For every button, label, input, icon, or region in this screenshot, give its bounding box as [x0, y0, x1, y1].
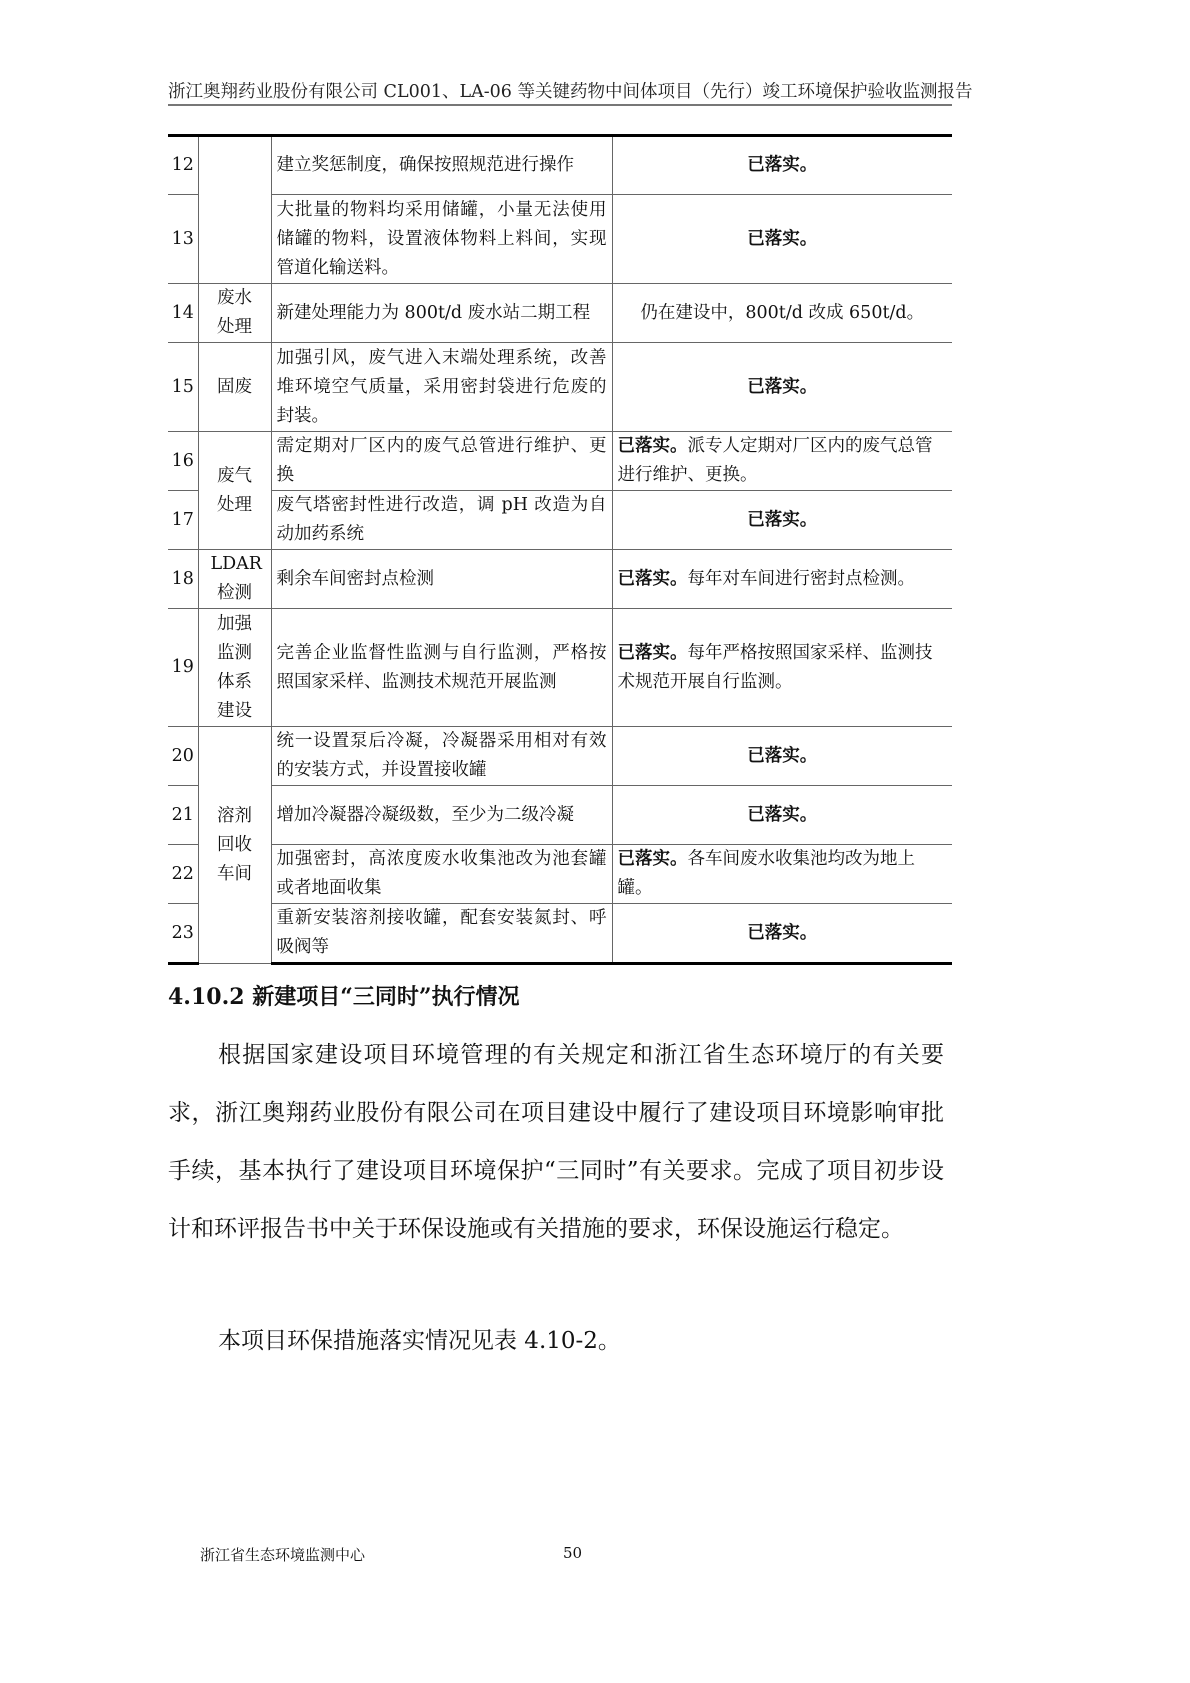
table-row: 19 加强监测体系建设 完善企业监督性监测与自行监测，严格按照国家采样、监测技术…	[168, 609, 952, 727]
row-requirement: 大批量的物料均采用储罐，小量无法使用储罐的物料，设置液体物料上料间，实现管道化输…	[271, 195, 612, 284]
status-detail: 每年对车间进行密封点检测。	[688, 569, 916, 589]
status-detail: 仍在建设中，800t/d 改成 650t/d。	[640, 303, 924, 323]
row-requirement: 需定期对厂区内的废气总管进行维护、更换	[271, 432, 612, 491]
row-category	[198, 136, 271, 284]
row-status: 已落实。	[612, 786, 952, 845]
status-implemented: 已落实。	[747, 155, 817, 175]
table-row: 12 建立奖惩制度，确保按照规范进行操作 已落实。	[168, 136, 952, 195]
row-requirement: 建立奖惩制度，确保按照规范进行操作	[271, 136, 612, 195]
document-header-title: 浙江奥翔药业股份有限公司 CL001、LA-06 等关键药物中间体项目（先行）竣…	[168, 78, 952, 103]
row-requirement: 加强引风，废气进入末端处理系统，改善堆环境空气质量，采用密封袋进行危废的封装。	[271, 343, 612, 432]
row-status: 已落实。	[612, 727, 952, 786]
table-row: 20 溶剂回收车间 统一设置泵后冷凝，冷凝器采用相对有效的安装方式，并设置接收罐…	[168, 727, 952, 786]
row-requirement: 废气塔密封性进行改造，调 pH 改造为自动加药系统	[271, 491, 612, 550]
row-number: 23	[168, 904, 198, 964]
row-status: 已落实。	[612, 343, 952, 432]
row-number: 16	[168, 432, 198, 491]
row-requirement: 剩余车间密封点检测	[271, 550, 612, 609]
table-row: 23 重新安装溶剂接收罐，配套安装氮封、呼吸阀等 已落实。	[168, 904, 952, 964]
table-row: 13 大批量的物料均采用储罐，小量无法使用储罐的物料，设置液体物料上料间，实现管…	[168, 195, 952, 284]
table-row: 21 增加冷凝器冷凝级数，至少为二级冷凝 已落实。	[168, 786, 952, 845]
status-implemented: 已落实。	[618, 569, 688, 589]
row-number: 22	[168, 845, 198, 904]
status-implemented: 已落实。	[747, 805, 817, 825]
row-number: 17	[168, 491, 198, 550]
status-implemented: 已落实。	[618, 436, 688, 456]
status-implemented: 已落实。	[618, 849, 688, 869]
row-category: 废气处理	[198, 432, 271, 550]
status-implemented: 已落实。	[618, 643, 688, 663]
row-number: 12	[168, 136, 198, 195]
row-number: 19	[168, 609, 198, 727]
row-requirement: 增加冷凝器冷凝级数，至少为二级冷凝	[271, 786, 612, 845]
row-status: 已落实。每年对车间进行密封点检测。	[612, 550, 952, 609]
section-heading: 4.10.2 新建项目“三同时”执行情况	[168, 980, 520, 1011]
row-requirement: 统一设置泵后冷凝，冷凝器采用相对有效的安装方式，并设置接收罐	[271, 727, 612, 786]
row-status: 已落实。	[612, 195, 952, 284]
row-requirement: 加强密封，高浓度废水收集池改为池套罐或者地面收集	[271, 845, 612, 904]
status-implemented: 已落实。	[747, 377, 817, 397]
table-row: 14 废水处理 新建处理能力为 800t/d 废水站二期工程 仍在建设中，800…	[168, 284, 952, 343]
row-number: 20	[168, 727, 198, 786]
table-row: 22 加强密封，高浓度废水收集池改为池套罐或者地面收集 已落实。各车间废水收集池…	[168, 845, 952, 904]
footer-organization: 浙江省生态环境监测中心	[200, 1544, 365, 1565]
row-category: 废水处理	[198, 284, 271, 343]
body-paragraph: 根据国家建设项目环境管理的有关规定和浙江省生态环境厅的有关要求，浙江奥翔药业股份…	[168, 1026, 944, 1258]
table-row: 16 废气处理 需定期对厂区内的废气总管进行维护、更换 已落实。派专人定期对厂区…	[168, 432, 952, 491]
status-implemented: 已落实。	[747, 923, 817, 943]
header-divider	[168, 104, 952, 106]
row-status: 已落实。	[612, 491, 952, 550]
table-row: 15 固废 加强引风，废气进入末端处理系统，改善堆环境空气质量，采用密封袋进行危…	[168, 343, 952, 432]
row-status: 已落实。	[612, 136, 952, 195]
row-category: 溶剂回收车间	[198, 727, 271, 964]
row-status: 已落实。	[612, 904, 952, 964]
body-paragraph: 本项目环保措施落实情况见表 4.10-2。	[168, 1312, 944, 1370]
row-category: LDAR检测	[198, 550, 271, 609]
row-number: 21	[168, 786, 198, 845]
row-category: 固废	[198, 343, 271, 432]
table-row: 17 废气塔密封性进行改造，调 pH 改造为自动加药系统 已落实。	[168, 491, 952, 550]
row-requirement: 新建处理能力为 800t/d 废水站二期工程	[271, 284, 612, 343]
row-number: 14	[168, 284, 198, 343]
status-implemented: 已落实。	[747, 746, 817, 766]
page-number: 50	[563, 1544, 582, 1562]
row-number: 15	[168, 343, 198, 432]
measures-table: 12 建立奖惩制度，确保按照规范进行操作 已落实。 13 大批量的物料均采用储罐…	[168, 134, 952, 965]
row-requirement: 完善企业监督性监测与自行监测，严格按照国家采样、监测技术规范开展监测	[271, 609, 612, 727]
row-number: 13	[168, 195, 198, 284]
table-row: 18 LDAR检测 剩余车间密封点检测 已落实。每年对车间进行密封点检测。	[168, 550, 952, 609]
row-requirement: 重新安装溶剂接收罐，配套安装氮封、呼吸阀等	[271, 904, 612, 964]
row-status: 已落实。各车间废水收集池均改为地上罐。	[612, 845, 952, 904]
row-status: 已落实。派专人定期对厂区内的废气总管进行维护、更换。	[612, 432, 952, 491]
row-category: 加强监测体系建设	[198, 609, 271, 727]
row-status: 仍在建设中，800t/d 改成 650t/d。	[612, 284, 952, 343]
row-number: 18	[168, 550, 198, 609]
status-implemented: 已落实。	[747, 229, 817, 249]
row-status: 已落实。每年严格按照国家采样、监测技术规范开展自行监测。	[612, 609, 952, 727]
status-implemented: 已落实。	[747, 510, 817, 530]
